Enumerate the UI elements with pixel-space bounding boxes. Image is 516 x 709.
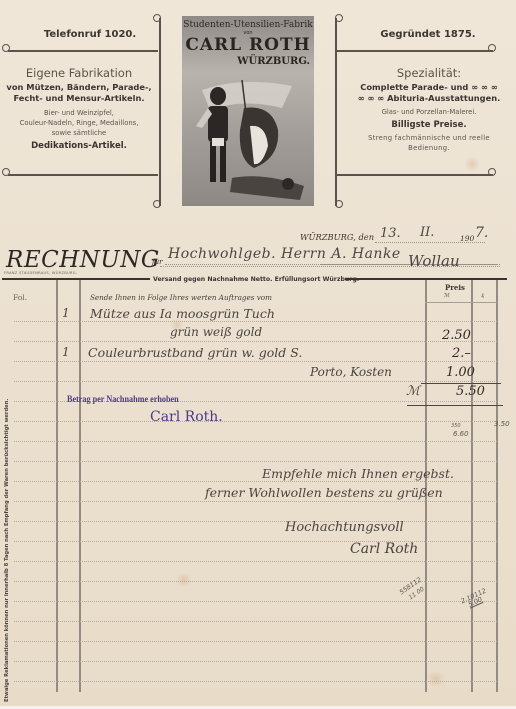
total-rule bbox=[407, 405, 503, 406]
student-fencer-illustration-icon bbox=[182, 68, 314, 206]
date-day: 13. bbox=[380, 226, 401, 241]
line-item-description: Porto, Kosten bbox=[310, 365, 392, 379]
mark-unit-label: ℳ bbox=[444, 293, 450, 299]
pencil-note: 6.60 bbox=[453, 430, 469, 438]
paper-stain bbox=[425, 672, 447, 686]
date-month: II. bbox=[420, 225, 434, 240]
shipping-terms: Versand gegen Nachnahme Netto. Erfüllung… bbox=[153, 276, 359, 283]
folio-label: Fol. bbox=[13, 293, 27, 302]
pencil-note: 3.50 bbox=[494, 420, 510, 428]
company-logo-illustration: Studenten-Utensilien-Fabrik von CARL ROT… bbox=[182, 16, 314, 206]
invoice-title: RECHNUNG bbox=[6, 247, 160, 273]
complaints-notice: Etwaige Reklamationen können nur innerha… bbox=[4, 402, 10, 702]
stamp-company-name: Carl Roth. bbox=[150, 409, 223, 425]
manufacturing-heading: Eigene Fabrikation bbox=[4, 66, 154, 80]
recipient-town: Wollau bbox=[408, 252, 460, 270]
price-header: Preis bbox=[425, 283, 485, 292]
line-item-description: Couleurbrustband grün w. gold S. bbox=[88, 345, 302, 360]
specialty-line: Glas- und Porzellan-Malerei. bbox=[348, 107, 510, 117]
closing-line: ferner Wohlwollen bestens zu grüßen bbox=[205, 485, 443, 500]
specialty-line: Complette Parade- und ∞ ∞ ∞ bbox=[348, 82, 510, 93]
date-year-suffix: 7. bbox=[475, 225, 488, 241]
line-item-qty: 1 bbox=[62, 306, 70, 320]
line-item-qty: 1 bbox=[62, 345, 70, 359]
total-label: ℳ bbox=[406, 384, 420, 399]
invoice-paper: Telefonruf 1020. Gegründet 1875. Eigene … bbox=[0, 0, 516, 709]
specialty-heading: Spezialität: bbox=[348, 66, 510, 80]
paper-stain bbox=[465, 155, 479, 173]
pfennig-unit-label: ₰ bbox=[481, 293, 484, 299]
specialty-line: Bedienung. bbox=[348, 143, 510, 153]
order-intro: Sende Ihnen in Folge Ihres werten Auftra… bbox=[90, 293, 272, 302]
manufacturing-line: Dedikations-Artikel. bbox=[4, 141, 154, 151]
for-label: für bbox=[152, 258, 162, 266]
signature: Carl Roth bbox=[350, 541, 418, 557]
date-year-prefix: 190 bbox=[460, 234, 474, 243]
line-item-description: Mütze aus Ia moosgrün Tuch bbox=[90, 306, 275, 321]
specialty-line: ∞ ∞ ∞ Abituria-Ausstattungen. bbox=[348, 93, 510, 104]
specialty-line: Billigste Preise. bbox=[348, 120, 510, 130]
manufacturing-block: Eigene Fabrikation von Mützen, Bändern, … bbox=[4, 66, 154, 151]
specialty-block: Spezialität: Complette Parade- und ∞ ∞ ∞… bbox=[348, 66, 510, 153]
specialty-line: Streng fachmännische und reelle bbox=[348, 133, 510, 143]
manufacturing-line: Bier- und Weinzipfel, bbox=[4, 108, 154, 118]
cod-stamp-text: Betrag per Nachnahme erhoben bbox=[67, 395, 179, 405]
recipient-name: Hochwohlgeb. Herrn A. Hanke bbox=[168, 246, 401, 262]
price-header-rule bbox=[425, 302, 497, 303]
pencil-note: 350 bbox=[451, 423, 461, 429]
manufacturing-line: von Mützen, Bändern, Parade-, bbox=[4, 82, 154, 93]
place-label: WÜRZBURG, den bbox=[300, 232, 374, 242]
total-amount: 5.50 bbox=[456, 384, 485, 399]
printer-credit: FRANZ STAUDENRAUS, WÜRZBURG. bbox=[4, 271, 77, 275]
terms-rule-left bbox=[2, 278, 150, 280]
logo-tagline: Studenten-Utensilien-Fabrik bbox=[182, 20, 314, 30]
paper-stain bbox=[176, 572, 192, 588]
line-item-amount: 2.– bbox=[452, 346, 471, 361]
closing-salutation: Hochachtungsvoll bbox=[285, 520, 404, 535]
founded-year: Gegründet 1875. bbox=[378, 29, 478, 40]
manufacturing-line: Couleur-Nadeln, Ringe, Medaillons, bbox=[4, 118, 154, 128]
logo-company-name: CARL ROTH bbox=[182, 35, 314, 55]
line-item-amount: 1.00 bbox=[446, 365, 475, 380]
town-dotted-line bbox=[160, 266, 500, 267]
manufacturing-line: sowie sämtliche bbox=[4, 128, 154, 138]
manufacturing-line: Fecht- und Mensur-Artikeln. bbox=[4, 93, 154, 104]
line-item-amount: 2.50 bbox=[442, 328, 471, 343]
line-item-description: grün weiß gold bbox=[170, 325, 262, 339]
logo-city: WÜRZBURG. bbox=[237, 56, 310, 67]
closing-line: Empfehle mich Ihnen ergebst. bbox=[262, 466, 454, 481]
phone-number: Telefonruf 1020. bbox=[40, 29, 140, 40]
